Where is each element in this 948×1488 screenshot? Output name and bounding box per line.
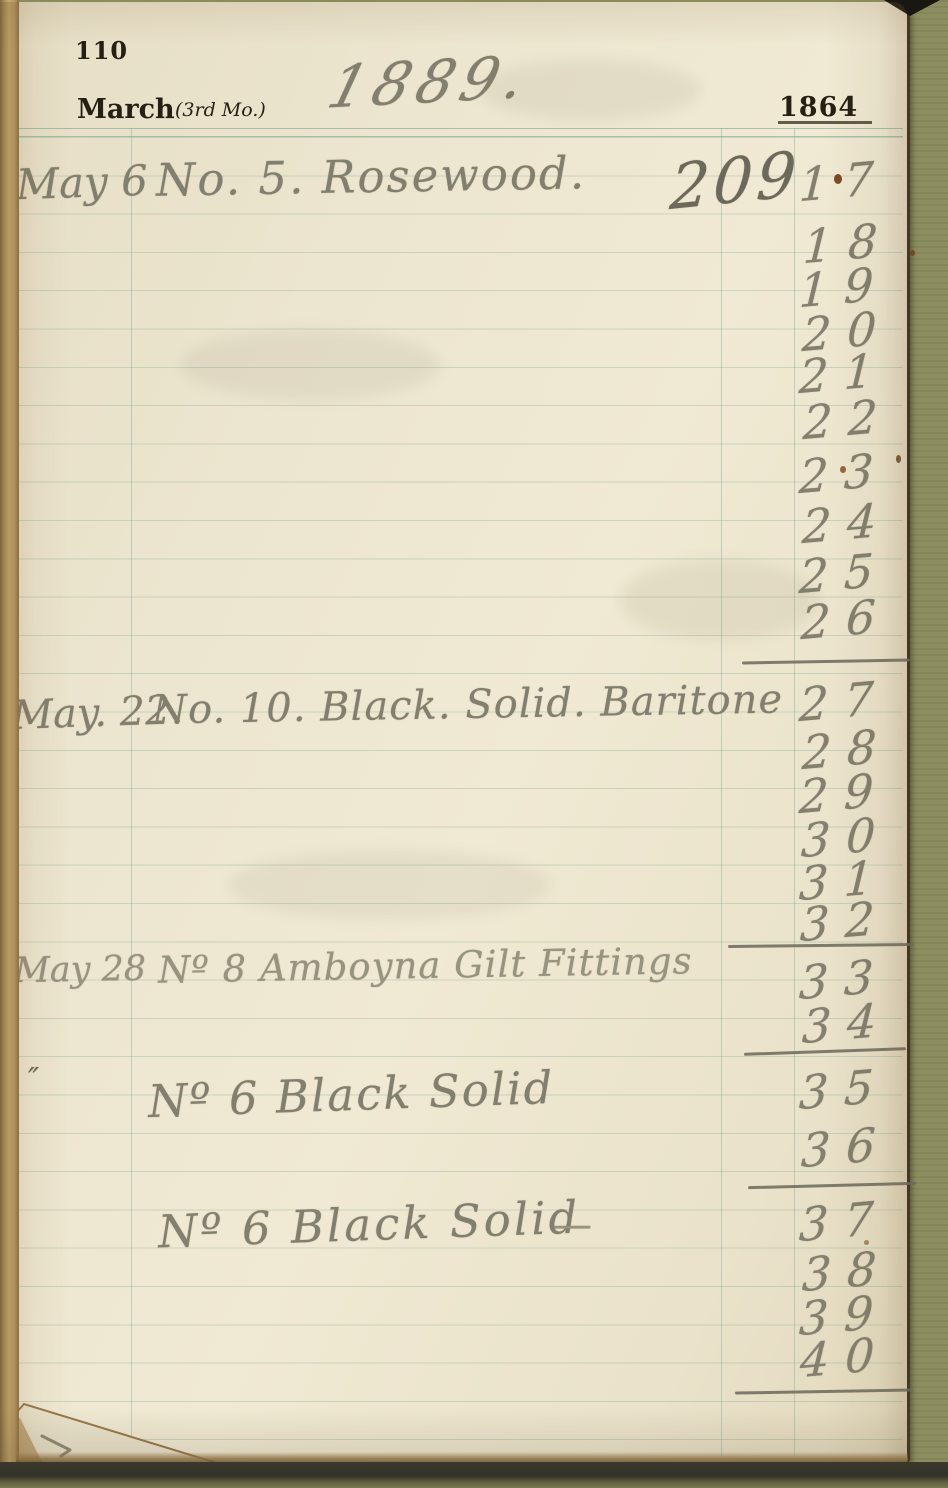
date-column-rule <box>131 128 132 1456</box>
foxing-speck <box>864 1240 869 1245</box>
month-label: March <box>77 94 175 125</box>
serial-number: 40 <box>799 1330 892 1384</box>
page-number: 110 <box>75 36 128 65</box>
entry-dash: — <box>552 1202 592 1248</box>
ruled-lines <box>17 137 903 1455</box>
serial-number: 23 <box>798 446 891 500</box>
entry-description: No. 5. Rosewood. <box>156 146 587 206</box>
serial-number: 36 <box>800 1120 893 1174</box>
printed-year: 1864 <box>779 92 858 123</box>
serial-number: 22 <box>802 392 895 446</box>
month-note: (3rd Mo.) <box>175 99 266 121</box>
show-through-smudge <box>620 560 820 640</box>
show-through-smudge <box>180 330 440 400</box>
scanned-ledger-page: 110 March (3rd Mo.) 1864 1889. May 6 No.… <box>0 0 948 1488</box>
binding-edge <box>0 0 19 1474</box>
entry-date: May 28 <box>14 949 147 991</box>
serial-number: 32 <box>799 894 892 948</box>
show-through-smudge <box>480 60 700 120</box>
foxing-speck <box>896 455 901 463</box>
entry-ditto-mark: ″ <box>28 1062 39 1097</box>
header-rule-top <box>17 128 903 129</box>
cash-column-rule-right <box>794 128 795 1456</box>
serial-number: 17 <box>798 154 891 208</box>
foxing-speck <box>910 250 915 256</box>
foxing-speck <box>840 466 846 473</box>
serial-number: 35 <box>798 1062 891 1116</box>
binding-clip-shadow <box>884 0 940 16</box>
foxing-speck <box>834 174 842 184</box>
entry-ledger-number: 209 <box>668 137 803 225</box>
desk-shadow-band <box>0 1462 948 1488</box>
show-through-smudge <box>230 850 550 920</box>
serial-number: 34 <box>801 996 894 1050</box>
serial-number: 37 <box>798 1194 891 1248</box>
cash-column-rule-left <box>721 128 722 1456</box>
entry-date: May 6 <box>15 156 148 210</box>
printed-year-underline <box>778 121 872 124</box>
